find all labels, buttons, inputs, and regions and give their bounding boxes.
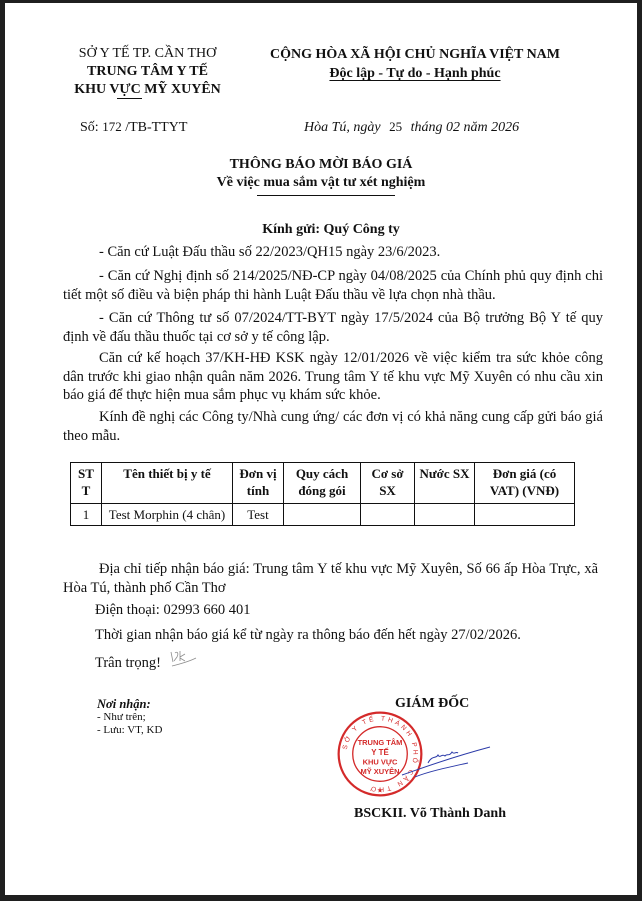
closing-line: Trân trọng! xyxy=(95,655,161,672)
paragraph-3: - Căn cứ Thông tư số 07/2024/TT-BYT ngày… xyxy=(63,309,603,346)
cell-unit: Test xyxy=(233,504,284,526)
recipient-item: - Như trên; xyxy=(97,711,162,724)
svg-text:★: ★ xyxy=(377,787,383,795)
salutation: Kính gửi: Quý Công ty xyxy=(15,222,642,238)
cell-unit-price xyxy=(475,504,575,526)
cell-manufacturer xyxy=(361,504,415,526)
svg-text:Y TẾ: Y TẾ xyxy=(371,747,388,757)
svg-text:TRUNG TÂM: TRUNG TÂM xyxy=(358,738,403,747)
col-packaging: Quy cách đóng gói xyxy=(284,463,361,504)
paragraph-1: - Căn cứ Luật Đấu thầu số 22/2023/QH15 n… xyxy=(63,243,603,262)
org-parent: SỞ Y TẾ TP. CẦN THƠ xyxy=(50,45,245,63)
initials-mark-icon xyxy=(168,648,198,670)
recipients-label: Nơi nhận: xyxy=(97,698,162,711)
date-day: 25 xyxy=(389,119,402,134)
org-underline xyxy=(117,98,142,99)
phone-line: Điện thoại: 02993 660 401 xyxy=(95,602,250,619)
signer-name: BSCKII. Võ Thành Danh xyxy=(354,806,506,822)
recipients-block: Nơi nhận: - Như trên; - Lưu: VT, KD xyxy=(97,698,162,737)
doc-number-label: Số: xyxy=(80,120,99,135)
cell-country xyxy=(415,504,475,526)
date-month-year: tháng 02 năm 2026 xyxy=(411,120,520,135)
table-header-row: ST T Tên thiết bị y tế Đơn vị tính Quy c… xyxy=(71,463,575,504)
quote-table: ST T Tên thiết bị y tế Đơn vị tính Quy c… xyxy=(70,462,575,526)
paragraph-4: Căn cứ kế hoạch 37/KH-HĐ KSK ngày 12/01/… xyxy=(63,349,603,405)
recipient-item: - Lưu: VT, KD xyxy=(97,724,162,737)
col-stt: ST T xyxy=(71,463,102,504)
col-manufacturer: Cơ sở SX xyxy=(361,463,415,504)
national-motto: Độc lập - Tự do - Hạnh phúc xyxy=(329,66,500,81)
country-name: CỘNG HÒA XÃ HỘI CHỦ NGHĨA VIỆT NAM xyxy=(255,45,575,64)
col-unit: Đơn vị tính xyxy=(233,463,284,504)
paragraph-2: - Căn cứ Nghị định số 214/2025/NĐ-CP ngà… xyxy=(63,267,603,304)
org-name-line2: KHU VỰC MỸ XUYÊN xyxy=(50,81,245,99)
cell-item-name: Test Morphin (4 chân) xyxy=(102,504,233,526)
table-row: 1 Test Morphin (4 chân) Test xyxy=(71,504,575,526)
paragraph-5: Kính đề nghị các Công ty/Nhà cung ứng/ c… xyxy=(63,408,603,445)
col-unit-price: Đơn giá (có VAT) (VNĐ) xyxy=(475,463,575,504)
doc-number-value: 172 xyxy=(102,119,122,134)
doc-title: THÔNG BÁO MỜI BÁO GIÁ xyxy=(5,157,637,173)
col-item-name: Tên thiết bị y tế xyxy=(102,463,233,504)
signature-icon xyxy=(400,741,495,781)
cell-packaging xyxy=(284,504,361,526)
document-page: SỞ Y TẾ TP. CẦN THƠ TRUNG TÂM Y TẾ KHU V… xyxy=(5,3,637,895)
org-name-line1: TRUNG TÂM Y TẾ xyxy=(50,63,245,81)
doc-number-suffix: /TB-TTYT xyxy=(125,120,187,135)
col-country: Nước SX xyxy=(415,463,475,504)
title-underline xyxy=(257,195,395,196)
place-date: Hòa Tú, ngày 25 tháng 02 năm 2026 xyxy=(304,119,519,136)
issuing-org-block: SỞ Y TẾ TP. CẦN THƠ TRUNG TÂM Y TẾ KHU V… xyxy=(50,45,245,99)
national-header: CỘNG HÒA XÃ HỘI CHỦ NGHĨA VIỆT NAM Độc l… xyxy=(255,45,575,83)
place-date-prefix: Hòa Tú, ngày xyxy=(304,120,381,135)
svg-text:MỸ XUYÊN: MỸ XUYÊN xyxy=(360,767,399,776)
doc-subtitle: Về việc mua sắm vật tư xét nghiệm xyxy=(5,175,637,191)
cell-stt: 1 xyxy=(71,504,102,526)
svg-text:KHU VỰC: KHU VỰC xyxy=(363,758,398,767)
address-paragraph: Địa chỉ tiếp nhận báo giá: Trung tâm Y t… xyxy=(63,560,598,597)
deadline-line: Thời gian nhận báo giá kể từ ngày ra thô… xyxy=(95,627,521,644)
doc-number: Số: 172 /TB-TTYT xyxy=(80,119,187,136)
